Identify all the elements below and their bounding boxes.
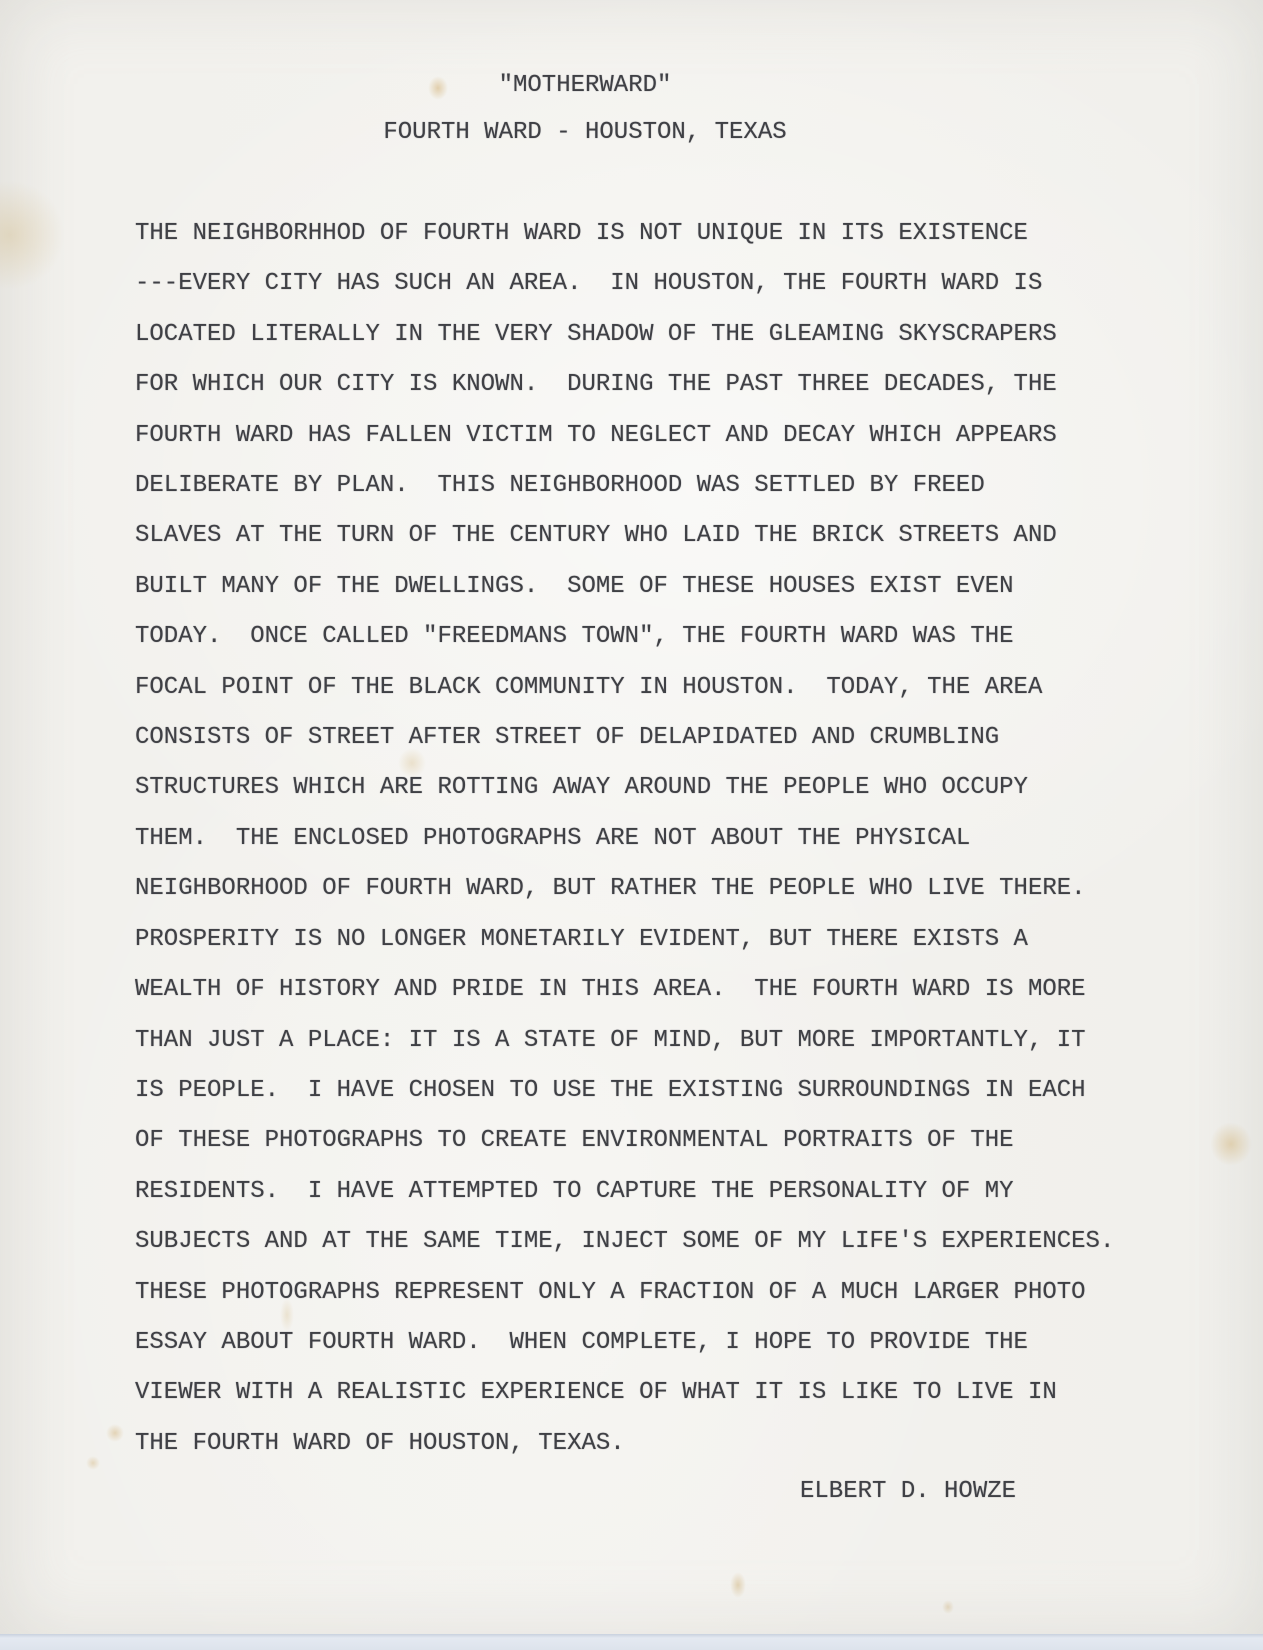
paper-stain <box>0 180 65 290</box>
paper-stain <box>1210 1122 1252 1166</box>
paper-stain <box>730 1572 746 1598</box>
document-body-text: THE NEIGHBORHHOD OF FOURTH WARD IS NOT U… <box>135 209 1114 1469</box>
paper-stain <box>106 1424 124 1442</box>
page-bottom-edge <box>0 1634 1263 1650</box>
document-subtitle: FOURTH WARD - HOUSTON, TEXAS <box>0 119 1170 146</box>
scanned-document: "MOTHERWARD" FOURTH WARD - HOUSTON, TEXA… <box>0 0 1263 1650</box>
author-signature: ELBERT D. HOWZE <box>800 1478 1016 1505</box>
paper-stain <box>86 1456 100 1470</box>
paper-stain <box>942 1600 954 1614</box>
document-title: "MOTHERWARD" <box>0 72 1170 99</box>
typewritten-page: "MOTHERWARD" FOURTH WARD - HOUSTON, TEXA… <box>0 0 1263 1636</box>
